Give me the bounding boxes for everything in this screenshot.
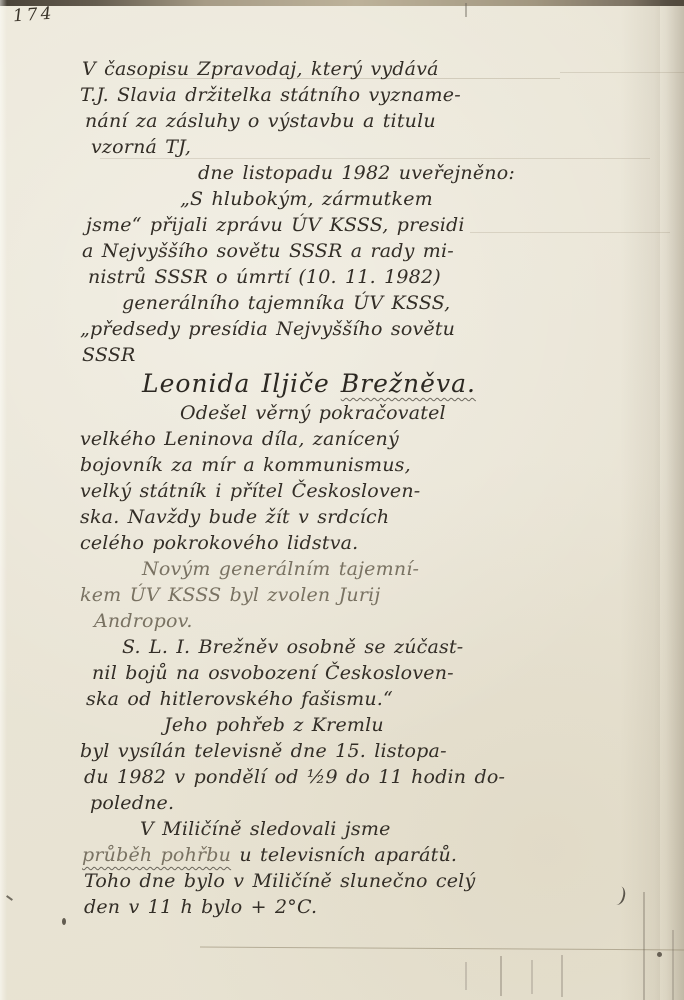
handwritten-line: Andropov. — [94, 608, 670, 634]
line-text: byl vysílán televisně dne 15. listopa- — [80, 740, 447, 762]
handwritten-line: poledne. — [90, 790, 670, 816]
line-text: Leonida Iljiče — [142, 369, 341, 398]
line-text: V Miličíně sledovali jsme — [140, 818, 391, 840]
handwritten-line: byl vysílán televisně dne 15. listopa- — [80, 738, 670, 764]
heading-line: Leonida Iljiče Brežněva. — [142, 368, 670, 400]
line-text: Odešel věrný pokračovatel — [180, 402, 446, 424]
crease-mark — [500, 956, 502, 996]
handwritten-line: celého pokrokového lidstva. — [80, 530, 670, 556]
handwritten-line: V Miličíně sledovali jsme — [140, 816, 670, 842]
underlined-text: Brežněva. — [341, 369, 476, 398]
page-number: 174 — [12, 4, 55, 27]
ink-speck — [6, 895, 13, 901]
handwritten-line: ska. Navždy bude žít v srdcích — [80, 504, 670, 530]
handwritten-line: nil bojů na osvobození Českosloven- — [92, 660, 670, 686]
crease-mark — [561, 955, 563, 997]
chronicle-page: 174 V časopisu Zpravodaj, který vydáváT.… — [0, 0, 684, 1000]
handwritten-line: S. L. I. Brežněv osobně se zúčast- — [122, 634, 670, 660]
line-text: du 1982 v pondělí od ½9 do 11 hodin do- — [84, 766, 505, 788]
handwritten-line: nání za zásluhy o výstavbu a titulu — [85, 108, 670, 134]
line-text: jsme“ přijali zprávu ÚV KSSS, presidi — [86, 214, 465, 236]
underlined-text: průběh pohřbu — [82, 844, 231, 866]
line-text: SSSR — [82, 344, 136, 366]
ink-speck — [657, 952, 662, 957]
line-text: nistrů SSSR o úmrtí (10. 11. 1982) — [88, 266, 441, 288]
handwritten-line: vzorná TJ, — [91, 134, 670, 160]
line-text: velký státník i přítel Českosloven- — [80, 480, 420, 502]
paper-edge-left — [0, 0, 7, 1000]
handwritten-line: „S hlubokým, zármutkem — [180, 186, 670, 212]
handwritten-line: Odešel věrný pokračovatel — [180, 400, 670, 426]
top-tick-mark — [465, 3, 467, 17]
handwritten-line: nistrů SSSR o úmrtí (10. 11. 1982) — [88, 264, 670, 290]
line-text: „předsedy presídia Nejvyššího sovětu — [80, 318, 455, 340]
handwriting-block: V časopisu Zpravodaj, který vydáváT.J. S… — [80, 56, 670, 920]
line-text: nání za zásluhy o výstavbu a titulu — [85, 110, 436, 132]
crease-mark — [672, 930, 674, 1000]
handwritten-line: jsme“ přijali zprávu ÚV KSSS, presidi — [86, 212, 670, 238]
line-text: dne listopadu 1982 uveřejněno: — [198, 162, 515, 184]
crease-mark — [531, 960, 533, 994]
crease-mark — [465, 962, 467, 990]
line-text: ska od hitlerovského fašismu.“ — [86, 688, 393, 710]
handwritten-line: velký státník i přítel Českosloven- — [80, 478, 670, 504]
handwritten-line: velkého Leninova díla, zanícený — [80, 426, 670, 452]
handwritten-line: kem ÚV KSSS byl zvolen Jurij — [80, 582, 670, 608]
line-text: u televisních aparátů. — [231, 844, 457, 866]
line-text: kem ÚV KSSS byl zvolen Jurij — [80, 584, 381, 606]
line-text: ska. Navždy bude žít v srdcích — [80, 506, 389, 528]
line-text: velkého Leninova díla, zanícený — [80, 428, 399, 450]
line-text: Jeho pohřeb z Kremlu — [164, 714, 384, 736]
handwritten-line: ska od hitlerovského fašismu.“ — [86, 686, 670, 712]
line-text: generálního tajemníka ÚV KSSS, — [122, 292, 450, 314]
line-text: S. L. I. Brežněv osobně se zúčast- — [122, 636, 463, 658]
line-text: V časopisu Zpravodaj, který vydává — [82, 58, 439, 80]
paper-edge-top — [0, 0, 684, 6]
handwritten-line: Novým generálním tajemní- — [142, 556, 670, 582]
handwritten-line: bojovník za mír a kommunismus, — [80, 452, 670, 478]
handwritten-line: den v 11 h bylo + 2°C. — [84, 894, 670, 920]
line-text: Andropov. — [94, 610, 193, 632]
line-text: T.J. Slavia držitelka státního vyzname- — [80, 84, 461, 106]
handwritten-line: SSSR — [82, 342, 670, 368]
handwritten-line: T.J. Slavia držitelka státního vyzname- — [80, 82, 670, 108]
line-text: bojovník za mír a kommunismus, — [80, 454, 411, 476]
line-text: poledne. — [90, 792, 174, 814]
handwritten-line: Jeho pohřeb z Kremlu — [164, 712, 670, 738]
handwritten-line: Toho dne bylo v Miličíně slunečno celý — [84, 868, 670, 894]
handwritten-line: V časopisu Zpravodaj, který vydává — [82, 56, 670, 82]
handwritten-line: a Nejvyššího sovětu SSSR a rady mi- — [82, 238, 670, 264]
handwritten-line: generálního tajemníka ÚV KSSS, — [122, 290, 670, 316]
line-text: Novým generálním tajemní- — [142, 558, 419, 580]
line-text: „S hlubokým, zármutkem — [180, 188, 433, 210]
line-text: vzorná TJ, — [91, 136, 191, 158]
handwritten-line: „předsedy presídia Nejvyššího sovětu — [80, 316, 670, 342]
handwritten-line: du 1982 v pondělí od ½9 do 11 hodin do- — [84, 764, 670, 790]
handwritten-line: dne listopadu 1982 uveřejněno: — [198, 160, 670, 186]
line-text: Toho dne bylo v Miličíně slunečno celý — [84, 870, 475, 892]
handwritten-line: průběh pohřbu u televisních aparátů. — [82, 842, 670, 868]
line-text: a Nejvyššího sovětu SSSR a rady mi- — [82, 240, 454, 262]
ruled-line — [200, 947, 684, 951]
ink-speck — [62, 918, 66, 925]
line-text: nil bojů na osvobození Českosloven- — [92, 662, 454, 684]
line-text: celého pokrokového lidstva. — [80, 532, 358, 554]
line-text: den v 11 h bylo + 2°C. — [84, 896, 317, 918]
